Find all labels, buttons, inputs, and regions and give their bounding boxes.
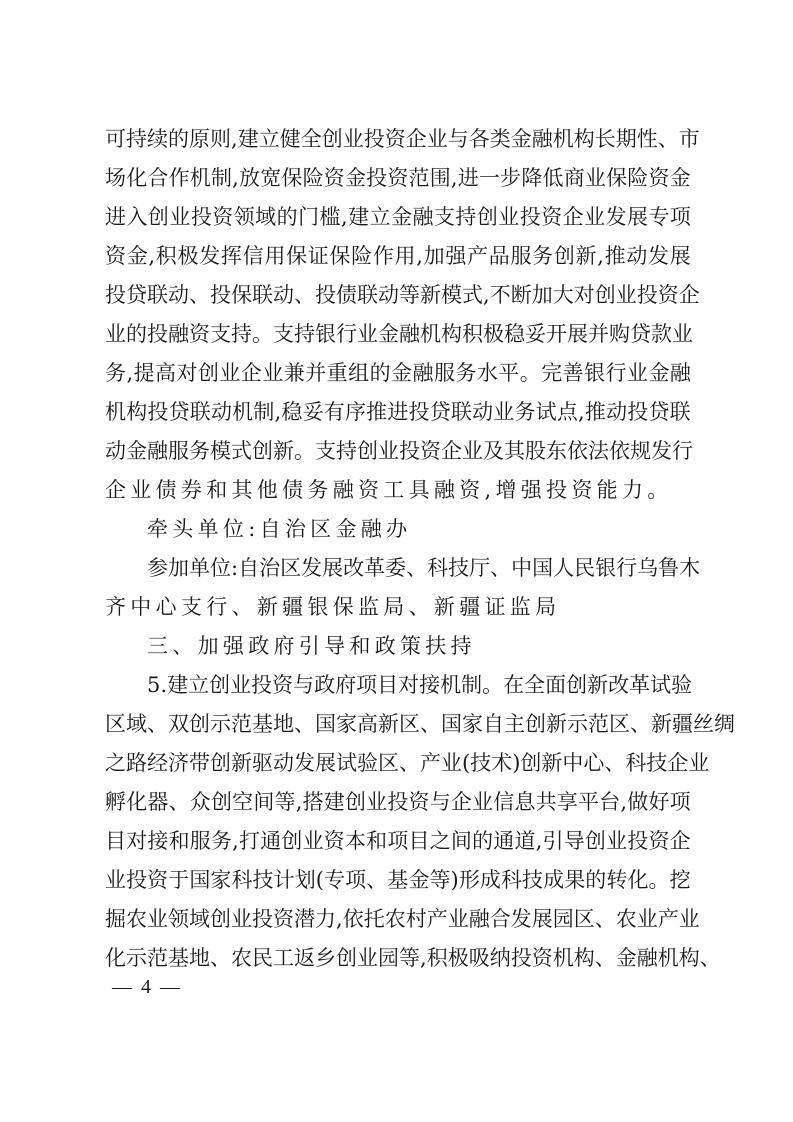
text-line: 场化合作机制,放宽保险资金投资范围,进一步降低商业保险资金 xyxy=(105,159,691,198)
participating-units: 参加单位:自治区发展改革委、科技厅、中国人民银行乌鲁木 齐中心支行、新疆银保监局… xyxy=(105,549,691,627)
participating-units-text: 参加单位:自治区发展改革委、科技厅、中国人民银行乌鲁木 xyxy=(105,549,691,588)
section-heading: 三、加强政府引导和政策扶持 xyxy=(105,627,691,666)
page-number: — 4 — xyxy=(112,976,182,999)
paragraph-item-5: 5.建立创业投资与政府项目对接机制。在全面创新改革试验 区域、双创示范基地、国家… xyxy=(105,666,691,978)
section-heading-text: 三、加强政府引导和政策扶持 xyxy=(105,627,691,666)
text-line: 孵化器、众创空间等,搭建创业投资与企业信息共享平台,做好项 xyxy=(105,783,691,822)
text-line: 企业债券和其他债务融资工具融资,增强投资能力。 xyxy=(105,471,691,510)
text-line: 投贷联动、投保联动、投债联动等新模式,不断加大对创业投资企 xyxy=(105,276,691,315)
participating-units-text: 齐中心支行、新疆银保监局、新疆证监局 xyxy=(105,588,691,627)
text-line: 业的投融资支持。支持银行业金融机构积极稳妥开展并购贷款业 xyxy=(105,315,691,354)
text-line: 掘农业领域创业投资潜力,依托农村产业融合发展园区、农业产业 xyxy=(105,900,691,939)
lead-unit-text: 牵头单位:自治区金融办 xyxy=(105,510,691,549)
text-line: 区域、双创示范基地、国家高新区、国家自主创新示范区、新疆丝绸 xyxy=(105,705,691,744)
text-line: 之路经济带创新驱动发展试验区、产业(技术)创新中心、科技企业 xyxy=(105,744,691,783)
text-line: 可持续的原则,建立健全创业投资企业与各类金融机构长期性、市 xyxy=(105,120,691,159)
text-line: 资金,积极发挥信用保证保险作用,加强产品服务创新,推动发展 xyxy=(105,237,691,276)
text-line: 目对接和服务,打通创业资本和项目之间的通道,引导创业投资企 xyxy=(105,822,691,861)
text-line: 务,提高对创业企业兼并重组的金融服务水平。完善银行业金融 xyxy=(105,354,691,393)
text-line: 业投资于国家科技计划(专项、基金等)形成科技成果的转化。挖 xyxy=(105,861,691,900)
text-line: 进入创业投资领域的门槛,建立金融支持创业投资企业发展专项 xyxy=(105,198,691,237)
text-line: 5.建立创业投资与政府项目对接机制。在全面创新改革试验 xyxy=(105,666,691,705)
text-line: 化示范基地、农民工返乡创业园等,积极吸纳投资机构、金融机构、 xyxy=(105,939,691,978)
document-page: 可持续的原则,建立健全创业投资企业与各类金融机构长期性、市 场化合作机制,放宽保… xyxy=(105,120,691,978)
lead-unit: 牵头单位:自治区金融办 xyxy=(105,510,691,549)
text-line: 机构投贷联动机制,稳妥有序推进投贷联动业务试点,推动投贷联 xyxy=(105,393,691,432)
paragraph-financing-support: 可持续的原则,建立健全创业投资企业与各类金融机构长期性、市 场化合作机制,放宽保… xyxy=(105,120,691,510)
text-line: 动金融服务模式创新。支持创业投资企业及其股东依法依规发行 xyxy=(105,432,691,471)
